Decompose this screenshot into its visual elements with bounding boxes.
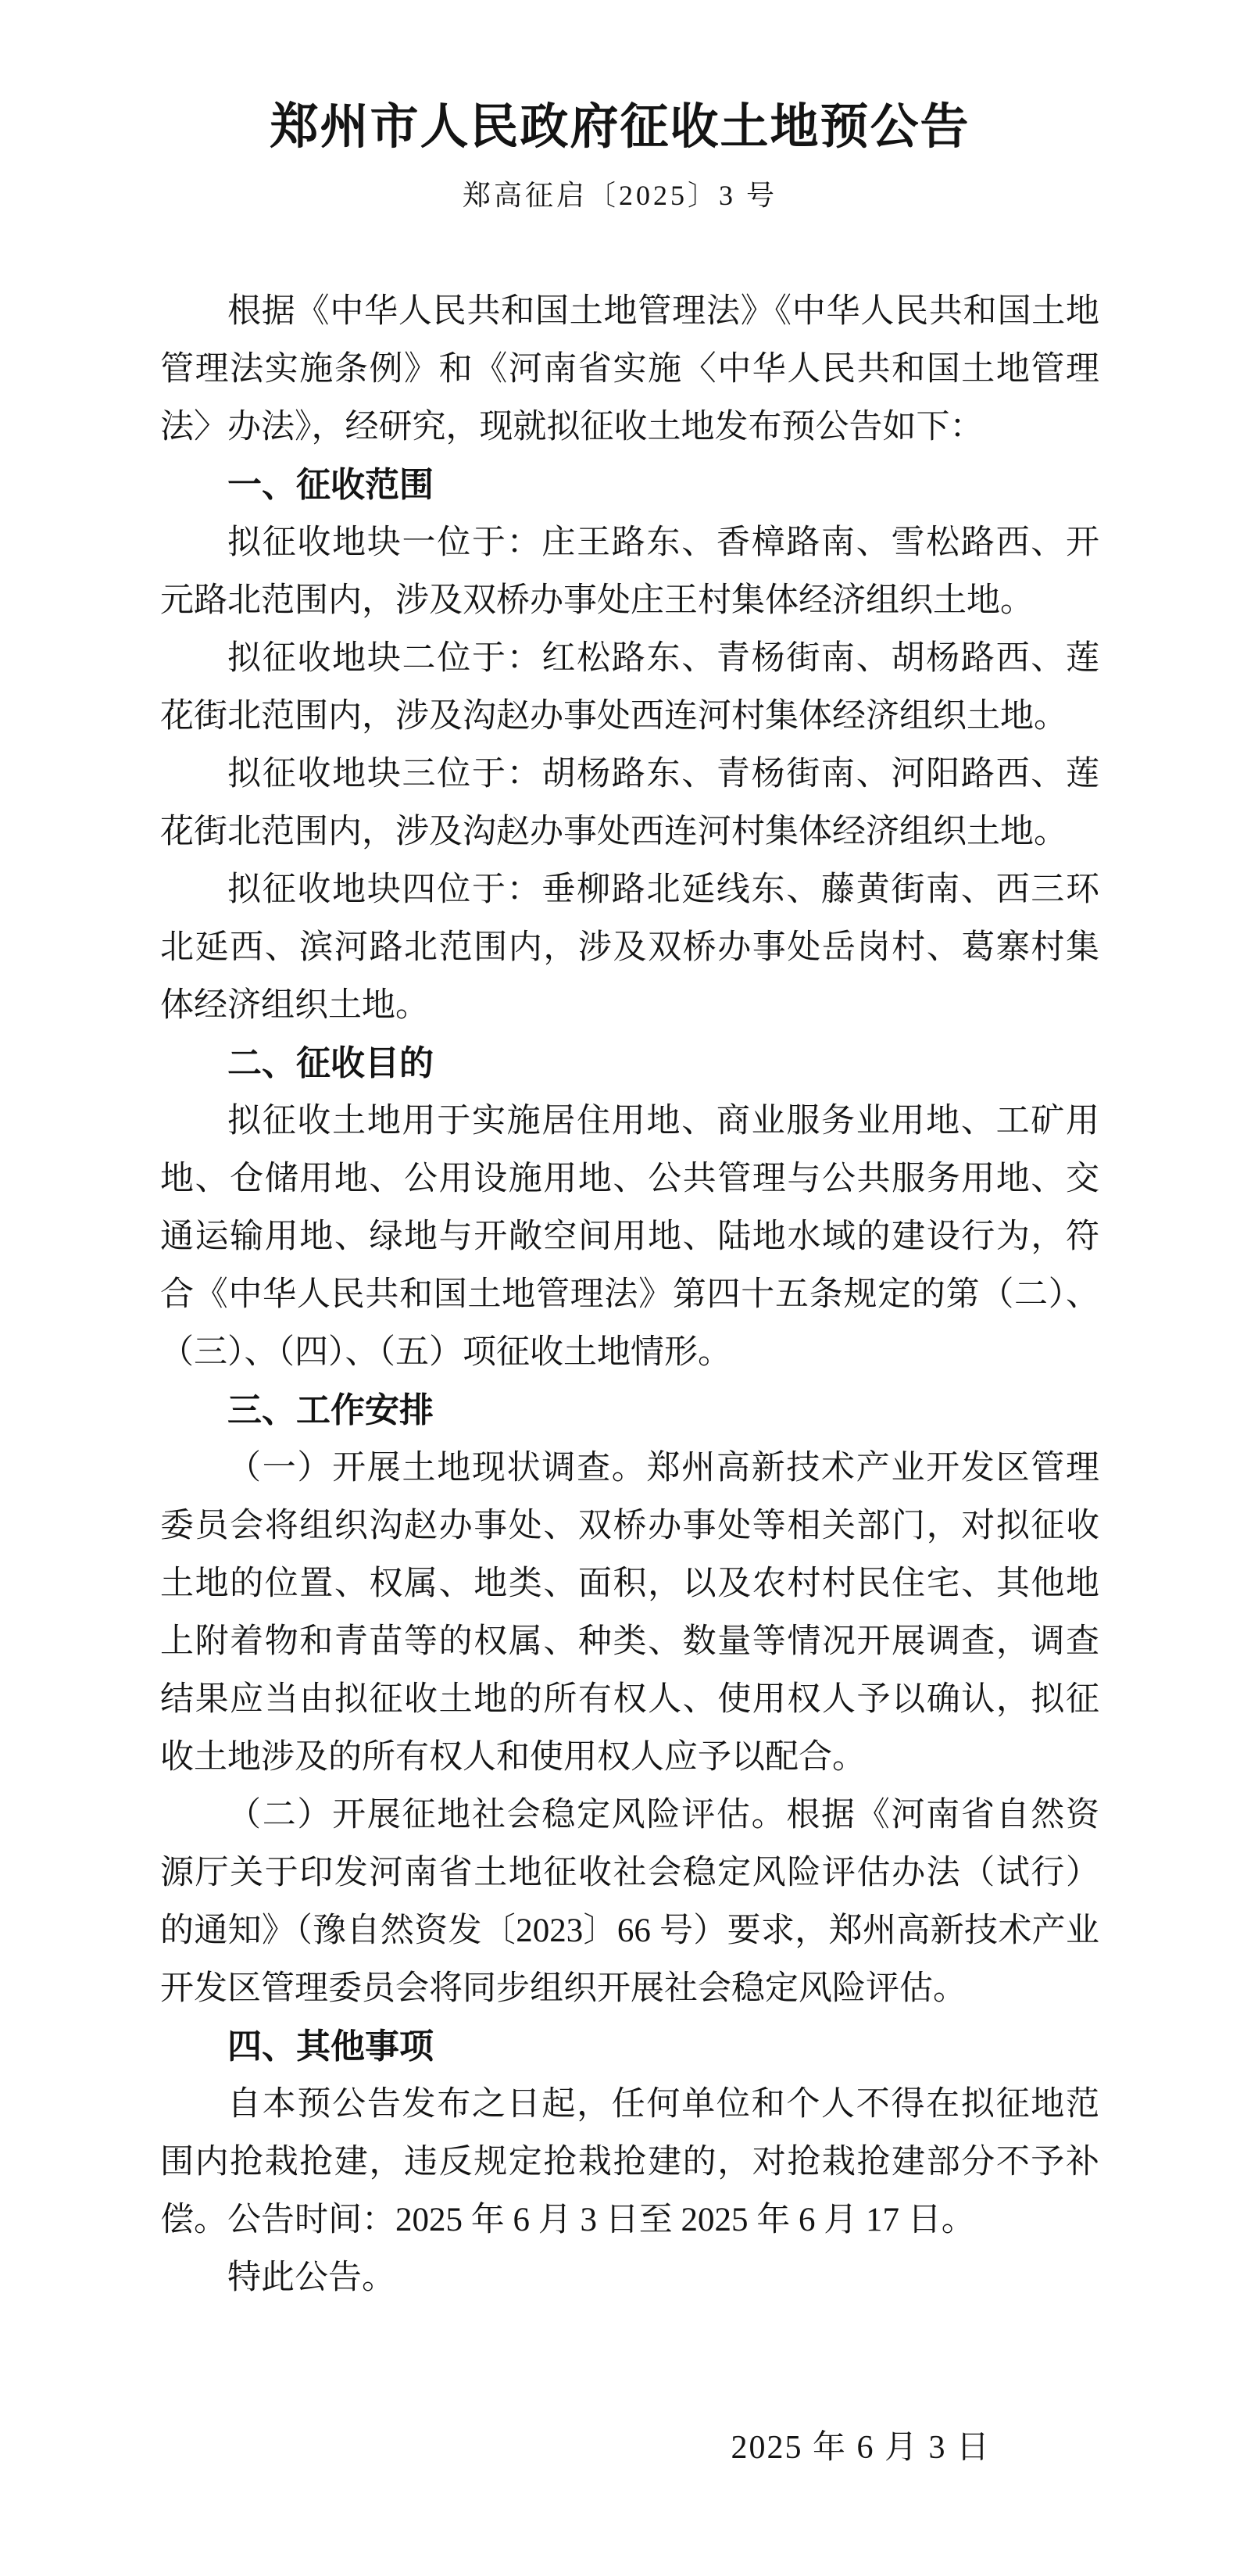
paragraph: 拟征收土地用于实施居住用地、商业服务业用地、工矿用地、仓储用地、公用设施用地、公…	[160, 1093, 1099, 1382]
document-number: 郑高征启〔2025〕3 号	[0, 180, 1240, 211]
document-title: 郑州市人民政府征收土地预公告	[0, 100, 1240, 155]
document-page: 郑州市人民政府征收土地预公告 郑高征启〔2025〕3 号 根据《中华人民共和国土…	[0, 0, 1240, 2576]
paragraph: （二）开展征地社会稳定风险评估。根据《河南省自然资源厅关于印发河南省土地征收社会…	[160, 1787, 1099, 2018]
paragraph: 拟征收地块二位于：红松路东、青杨街南、胡杨路西、莲花街北范围内，涉及沟赵办事处西…	[160, 630, 1099, 746]
paragraph: 特此公告。	[160, 2249, 1099, 2307]
paragraph: 自本预公告发布之日起，任何单位和个人不得在拟征地范围内抢栽抢建，违反规定抢栽抢建…	[160, 2076, 1099, 2249]
paragraph: 拟征收地块四位于：垂柳路北延线东、藤黄街南、西三环北延西、滨河路北范围内，涉及双…	[160, 861, 1099, 1035]
paragraph: 根据《中华人民共和国土地管理法》《中华人民共和国土地管理法实施条例》和《河南省实…	[160, 283, 1099, 456]
paragraph: 拟征收地块一位于：庄王路东、香樟路南、雪松路西、开元路北范围内，涉及双桥办事处庄…	[160, 514, 1099, 630]
paragraph: （一）开展土地现状调查。郑州高新技术产业开发区管理委员会将组织沟赵办事处、双桥办…	[160, 1440, 1099, 1787]
document-date: 2025 年 6 月 3 日	[160, 2424, 1099, 2471]
section-heading: 四、其他事项	[160, 2018, 1099, 2076]
section-heading: 三、工作安排	[160, 1382, 1099, 1440]
paragraph: 拟征收地块三位于：胡杨路东、青杨街南、河阳路西、莲花街北范围内，涉及沟赵办事处西…	[160, 746, 1099, 861]
section-heading: 二、征收目的	[160, 1035, 1099, 1093]
document-body: 根据《中华人民共和国土地管理法》《中华人民共和国土地管理法实施条例》和《河南省实…	[0, 283, 1240, 2471]
section-heading: 一、征收范围	[160, 456, 1099, 514]
